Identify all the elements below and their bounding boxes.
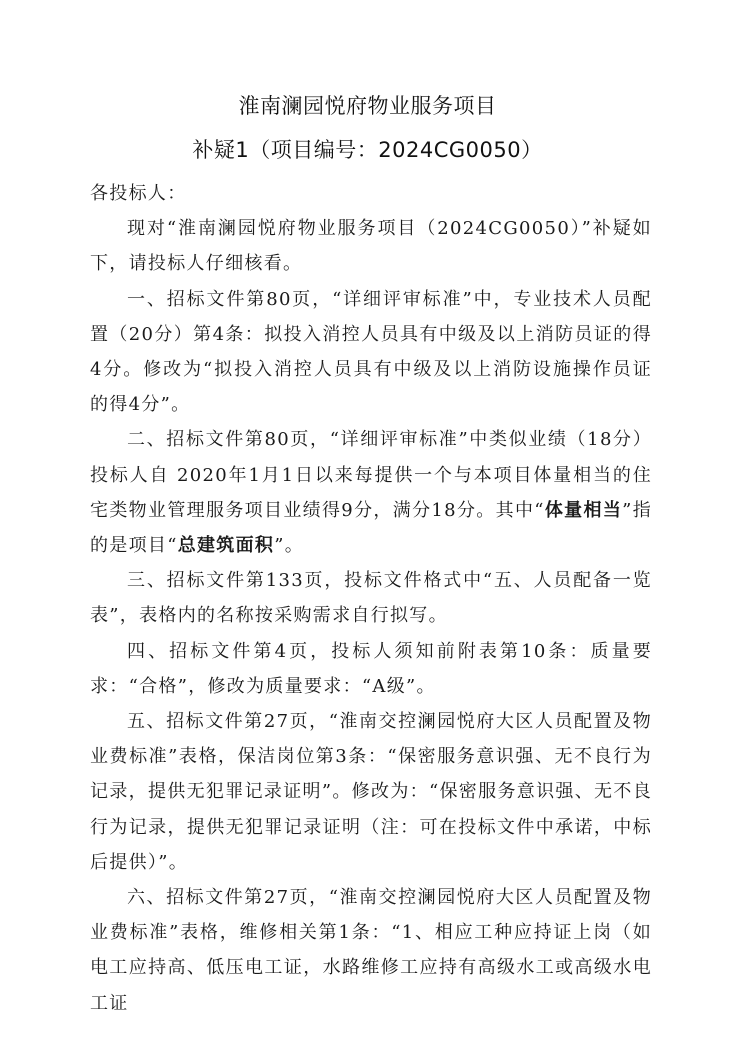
bold-term-floor-area: 总建筑面积 — [178, 535, 275, 556]
document-subtitle: 补疑1（项目编号：2024CG0050） — [0, 134, 735, 164]
item-paragraph-2: 二、招标文件第80页，“详细评审标准”中类似业绩（18分）投标人自 2020年1… — [90, 422, 652, 563]
item-paragraph-6: 六、招标文件第27页，“淮南交控澜园悦府大区人员配置及物业费标准”表格，维修相关… — [90, 880, 652, 1021]
bold-term-volume: 体量相当 — [545, 500, 622, 521]
item-paragraph-1: 一、招标文件第80页，“详细评审标准”中，专业技术人员配置（20分）第4条：拟投… — [90, 282, 652, 423]
document-body: 各投标人： 现对“淮南澜园悦府物业服务项目（2024CG0050）”补疑如下，请… — [90, 176, 652, 1021]
intro-paragraph: 现对“淮南澜园悦府物业服务项目（2024CG0050）”补疑如下，请投标人仔细核… — [90, 211, 652, 281]
item-2-text-after: ”。 — [274, 535, 304, 556]
item-paragraph-4: 四、招标文件第4页，投标人须知前附表第10条：质量要求：“合格”，修改为质量要求… — [90, 634, 652, 704]
item-paragraph-5: 五、招标文件第27页，“淮南交控澜园悦府大区人员配置及物业费标准”表格，保洁岗位… — [90, 704, 652, 880]
salutation: 各投标人： — [90, 176, 652, 211]
document-title: 淮南澜园悦府物业服务项目 — [0, 90, 735, 120]
document-page: 淮南澜园悦府物业服务项目 补疑1（项目编号：2024CG0050） 各投标人： … — [0, 0, 735, 1040]
item-paragraph-3: 三、招标文件第133页，投标文件格式中“五、人员配备一览表”，表格内的名称按采购… — [90, 563, 652, 633]
